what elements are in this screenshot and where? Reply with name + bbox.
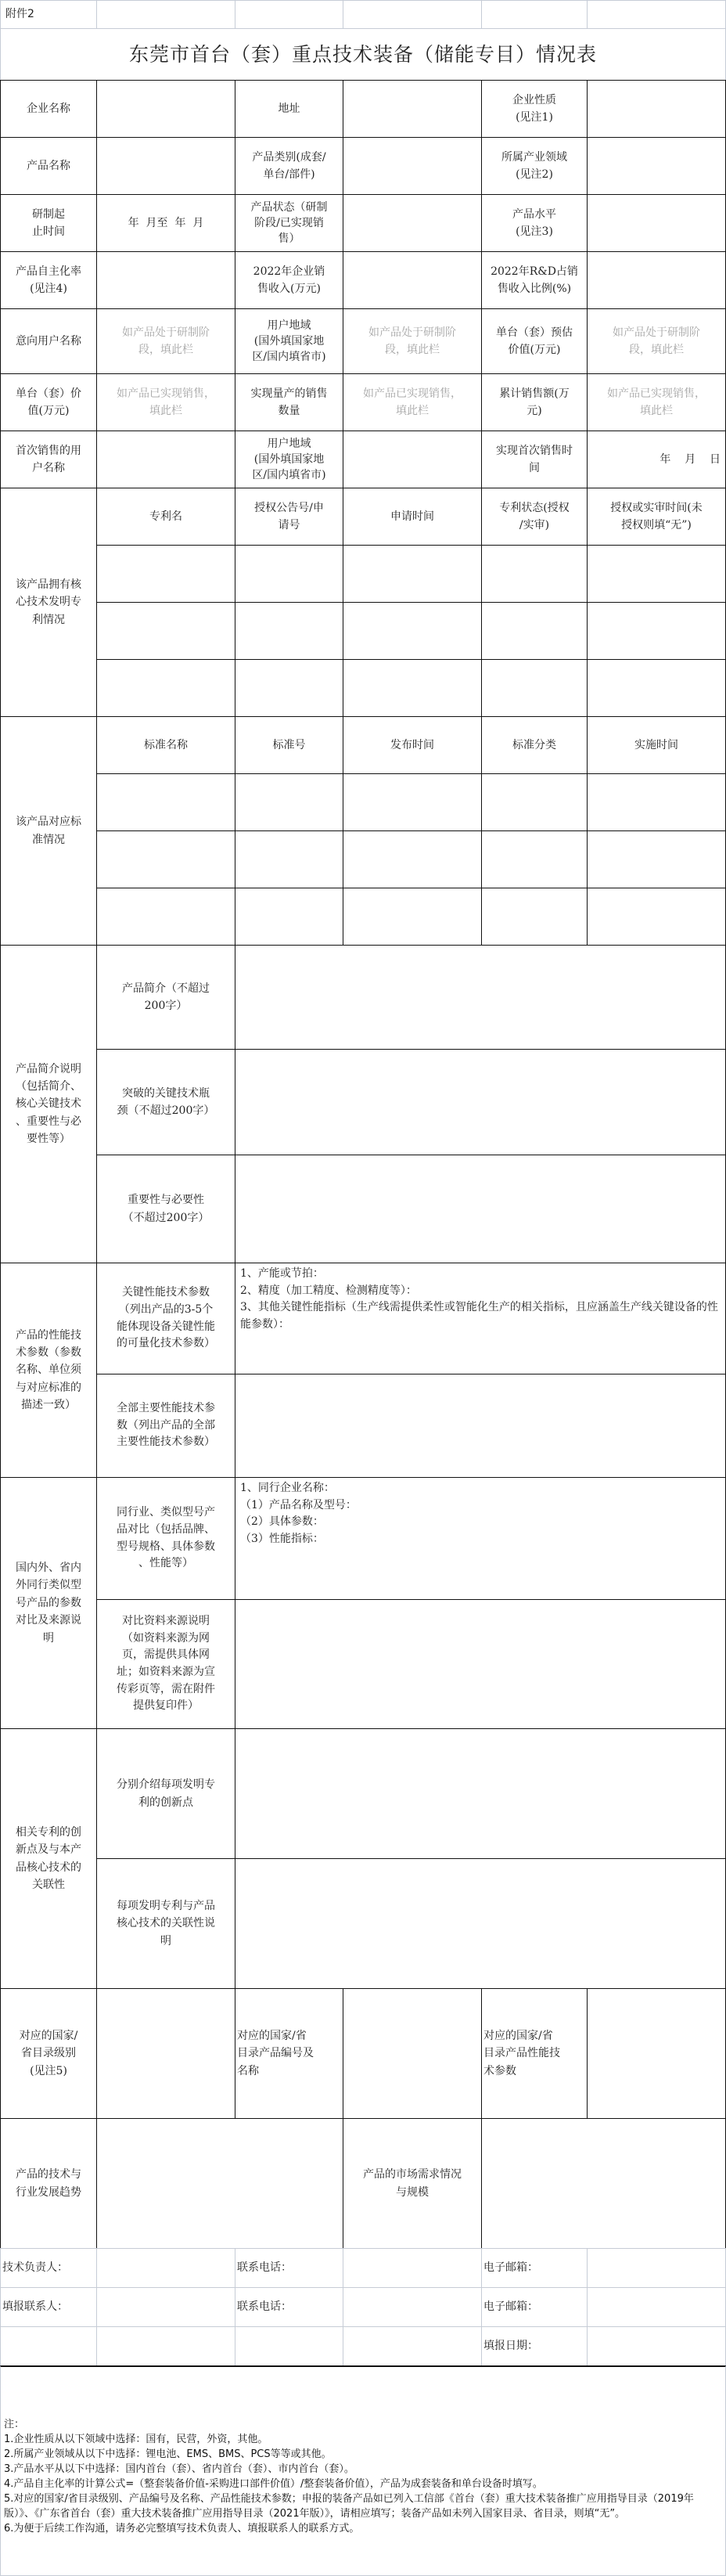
- catalogue-number-field[interactable]: [343, 1988, 482, 2119]
- phone-field-2[interactable]: [343, 2287, 482, 2327]
- intro-importance-field[interactable]: [235, 1155, 726, 1263]
- patent-row-1-status[interactable]: [481, 545, 588, 603]
- standard-header-number: 标准号: [235, 716, 343, 774]
- product-category-field[interactable]: [343, 137, 482, 195]
- intro-breakthrough-label: 突破的关键技术瓶 颈（不超过200字）: [96, 1049, 235, 1155]
- note-6: 6.为便于后续工作沟通，请务必完整填写技术负责人、填报联系人的联系方式。: [4, 2521, 722, 2536]
- grid-cell: [343, 0, 482, 29]
- patent-header-number: 授权公告号/申 请号: [235, 488, 343, 546]
- patent-row-3-apply-date[interactable]: [343, 659, 482, 717]
- first-user-label: 首次销售的用 户名称: [0, 431, 97, 488]
- patent-row-3-name[interactable]: [96, 659, 235, 717]
- first-user-field[interactable]: [96, 431, 235, 488]
- user-region-field[interactable]: 如产品处于研制阶 段，填此栏: [343, 308, 482, 374]
- first-sale-time-label: 实现首次销售时 间: [481, 431, 588, 488]
- tech-trend-label: 产品的技术与 行业发展趋势: [0, 2118, 97, 2249]
- patent-row-3-grant-date[interactable]: [587, 659, 726, 717]
- email-label-2: 电子邮箱：: [481, 2287, 588, 2327]
- patent-row-1-number[interactable]: [235, 545, 343, 603]
- unit-value-label: 单台（套）价 值(万元): [0, 373, 97, 431]
- performance-section-label: 产品的性能技 术参数（参数 名称、单位须 与对应标准的 描述一致）: [0, 1263, 97, 1478]
- intro-summary-label: 产品简介（不超过 200字）: [96, 945, 235, 1050]
- date-field[interactable]: [587, 2326, 726, 2366]
- catalogue-number-label: 对应的国家/省 目录产品编号及 名称: [235, 1988, 343, 2119]
- notes-block: 注： 1.企业性质从以下领域中选择：国有，民营，外资，其他。 2.所属产业领域从…: [0, 2365, 726, 2576]
- product-level-field[interactable]: [587, 194, 726, 252]
- total-sales-field[interactable]: 如产品已实现销售， 填此栏: [587, 373, 726, 431]
- unit-value-field[interactable]: 如产品已实现销售， 填此栏: [96, 373, 235, 431]
- standard-row-1-category[interactable]: [481, 773, 588, 831]
- source-note-field[interactable]: [235, 1599, 726, 1729]
- patent-row-2-status[interactable]: [481, 602, 588, 660]
- intended-user-label: 意向用户名称: [0, 308, 97, 374]
- mass-sales-label: 实现量产的销售 数量: [235, 373, 343, 431]
- rd-ratio-field[interactable]: [587, 251, 726, 309]
- patent-relevance-label: 每项发明专利与产品 核心技术的关联性说 明: [96, 1858, 235, 1989]
- dev-period-label: 研制起 止时间: [0, 194, 97, 252]
- grid-cell: [587, 0, 726, 29]
- grid-cell: [0, 2326, 97, 2366]
- patent-row-2-apply-date[interactable]: [343, 602, 482, 660]
- standard-row-2-effective-date[interactable]: [587, 830, 726, 888]
- standards-section-label: 该产品对应标 准情况: [0, 716, 97, 946]
- key-params-label: 关键性能技术参数 （列出产品的3-5个 能体现设备关键性能 的可量化技术参数）: [96, 1263, 235, 1374]
- patent-header-apply-date: 申请时间: [343, 488, 482, 546]
- grid-cell: [96, 2326, 235, 2366]
- note-5: 5.对应的国家/省目录级别、产品编号及名称、产品性能技术参数；申报的装备产品如已…: [4, 2491, 722, 2521]
- address-label: 地址: [235, 80, 343, 138]
- first-sale-time-field[interactable]: 年 月 日: [587, 431, 726, 488]
- rd-ratio-label: 2022年R&D占销 售收入比例(%): [481, 251, 588, 309]
- patent-row-2-name[interactable]: [96, 602, 235, 660]
- notes-heading: 注：: [4, 2417, 722, 2432]
- comparison-section-label: 国内外、省内 外同行类似型 号产品的参数 对比及来源说 明: [0, 1477, 97, 1729]
- dev-period-field[interactable]: 年 月至 年 月: [96, 194, 235, 252]
- autonomy-rate-field[interactable]: [96, 251, 235, 309]
- total-sales-label: 累计销售额(万 元): [481, 373, 588, 431]
- grid-cell: [235, 0, 343, 29]
- standard-row-1-name[interactable]: [96, 773, 235, 831]
- patent-relevance-field[interactable]: [235, 1858, 726, 1989]
- standard-row-2-name[interactable]: [96, 830, 235, 888]
- company-type-label: 企业性质 (见注1): [481, 80, 588, 138]
- attachment-label: 附件2: [0, 0, 97, 29]
- standard-header-name: 标准名称: [96, 716, 235, 774]
- market-demand-label: 产品的市场需求情况 与规模: [343, 2118, 482, 2249]
- patent-header-grant-date: 授权或实审时间(未 授权则填“无”): [587, 488, 726, 546]
- company-type-field[interactable]: [587, 80, 726, 138]
- grid-cell: [343, 2326, 482, 2366]
- tech-trend-field[interactable]: [96, 2118, 343, 2249]
- intro-summary-field[interactable]: [235, 945, 726, 1050]
- note-3: 3.产品水平从以下中选择：国内首台（套）、省内首台（套）、市内首台（套）。: [4, 2462, 722, 2477]
- standard-row-1-effective-date[interactable]: [587, 773, 726, 831]
- standard-row-2-number[interactable]: [235, 830, 343, 888]
- first-user-region-label: 用户地域 (国外填国家地 区/国内填省市): [235, 431, 343, 488]
- catalogue-level-label: 对应的国家/ 省目录级别 (见注5): [0, 1988, 97, 2119]
- est-value-field[interactable]: 如产品处于研制阶 段，填此栏: [587, 308, 726, 374]
- company-name-field[interactable]: [96, 80, 235, 138]
- patent-row-1-grant-date[interactable]: [587, 545, 726, 603]
- user-region-label: 用户地域 (国外填国家地 区/国内填省市): [235, 308, 343, 374]
- innovation-section-label: 相关专利的创 新点及与本产 品核心技术的 关联性: [0, 1728, 97, 1989]
- phone-field-1[interactable]: [343, 2248, 482, 2288]
- standard-row-3-effective-date[interactable]: [587, 888, 726, 946]
- patent-row-2-grant-date[interactable]: [587, 602, 726, 660]
- company-name-label: 企业名称: [0, 80, 97, 138]
- phone-label-1: 联系电话：: [235, 2248, 343, 2288]
- autonomy-rate-label: 产品自主化率 (见注4): [0, 251, 97, 309]
- catalogue-params-field[interactable]: [587, 1988, 726, 2119]
- standard-row-1-number[interactable]: [235, 773, 343, 831]
- product-status-field[interactable]: [343, 194, 482, 252]
- standard-row-3-name[interactable]: [96, 888, 235, 946]
- product-name-label: 产品名称: [0, 137, 97, 195]
- grid-cell: [481, 0, 588, 29]
- address-field[interactable]: [343, 80, 482, 138]
- patent-row-3-number[interactable]: [235, 659, 343, 717]
- tech-lead-label: 技术负责人：: [0, 2248, 97, 2288]
- intro-breakthrough-field[interactable]: [235, 1049, 726, 1155]
- intro-section-label: 产品简介说明 （包括简介、 核心关键技术 、重要性与必 要性等）: [0, 945, 97, 1263]
- standard-row-2-category[interactable]: [481, 830, 588, 888]
- patent-row-3-status[interactable]: [481, 659, 588, 717]
- product-category-label: 产品类别(成套/ 单台/部件): [235, 137, 343, 195]
- email-field-1[interactable]: [587, 2248, 726, 2288]
- standard-row-3-publish-date[interactable]: [343, 888, 482, 946]
- email-field-2[interactable]: [587, 2287, 726, 2327]
- industry-field[interactable]: [587, 137, 726, 195]
- first-user-region-field[interactable]: [343, 431, 482, 488]
- patents-section-label: 该产品拥有核 心技术发明专 利情况: [0, 488, 97, 717]
- intro-importance-label: 重要性与必要性 （不超过200字）: [96, 1155, 235, 1263]
- patent-row-2-number[interactable]: [235, 602, 343, 660]
- patent-header-name: 专利名: [96, 488, 235, 546]
- product-name-field[interactable]: [96, 137, 235, 195]
- note-1: 1.企业性质从以下领域中选择：国有，民营，外资，其他。: [4, 2432, 722, 2447]
- patent-row-1-apply-date[interactable]: [343, 545, 482, 603]
- grid-cell: [235, 2326, 343, 2366]
- patent-header-status: 专利状态(授权 /实审): [481, 488, 588, 546]
- mass-sales-field[interactable]: 如产品已实现销售， 填此栏: [343, 373, 482, 431]
- note-2: 2.所属产业领域从以下中选择：锂电池、EMS、BMS、PCS等等或其他。: [4, 2447, 722, 2462]
- key-params-field[interactable]: 1、产能或节拍： 2、精度（加工精度、检测精度等）： 3、其他关键性能指标（生产…: [235, 1263, 726, 1374]
- standard-header-category: 标准分类: [481, 716, 588, 774]
- standard-row-1-publish-date[interactable]: [343, 773, 482, 831]
- all-params-field[interactable]: [235, 1374, 726, 1478]
- all-params-label: 全部主要性能技术参 数（列出产品的全部 主要性能技术参数）: [96, 1374, 235, 1478]
- tech-lead-field[interactable]: [96, 2248, 235, 2288]
- standard-row-3-number[interactable]: [235, 888, 343, 946]
- grid-cell: [96, 0, 235, 29]
- peer-comparison-field[interactable]: 1、同行企业名称： （1）产品名称及型号： （2）具体参数： （3）性能指标：: [235, 1477, 726, 1600]
- sales-2022-label: 2022年企业销 售收入(万元): [235, 251, 343, 309]
- catalogue-params-label: 对应的国家/省 目录产品性能技 术参数: [481, 1988, 588, 2119]
- email-label-1: 电子邮箱：: [481, 2248, 588, 2288]
- phone-label-2: 联系电话：: [235, 2287, 343, 2327]
- product-status-label: 产品状态（研制 阶段/已实现销 售）: [235, 194, 343, 252]
- standard-row-3-category[interactable]: [481, 888, 588, 946]
- catalogue-level-field[interactable]: [96, 1988, 235, 2119]
- industry-label: 所属产业领域 (见注2): [481, 137, 588, 195]
- patent-innovation-label: 分别介绍每项发明专 利的创新点: [96, 1728, 235, 1859]
- standard-header-publish-date: 发布时间: [343, 716, 482, 774]
- peer-comparison-label: 同行业、类似型号产 品对比（包括品牌、 型号规格、具体参数 、性能等）: [96, 1477, 235, 1600]
- note-4: 4.产品自主化率的计算公式=（整套装备价值-采购进口部件价值）/整套装备价值），…: [4, 2477, 722, 2491]
- market-demand-field[interactable]: [481, 2118, 726, 2249]
- page-title: 东莞市首台（套）重点技术装备（储能专目）情况表: [0, 28, 726, 81]
- product-level-label: 产品水平 (见注3): [481, 194, 588, 252]
- filler-field[interactable]: [96, 2287, 235, 2327]
- date-label: 填报日期：: [481, 2326, 588, 2366]
- intended-user-field[interactable]: 如产品处于研制阶 段，填此栏: [96, 308, 235, 374]
- source-note-label: 对比资料来源说明 （如资料来源为网 页，需提供具体网 址；如资料来源为宣 传彩页…: [96, 1599, 235, 1729]
- patent-innovation-field[interactable]: [235, 1728, 726, 1859]
- patent-row-1-name[interactable]: [96, 545, 235, 603]
- est-value-label: 单台（套）预估 价值(万元): [481, 308, 588, 374]
- filler-label: 填报联系人：: [0, 2287, 97, 2327]
- standard-row-2-publish-date[interactable]: [343, 830, 482, 888]
- sales-2022-field[interactable]: [343, 251, 482, 309]
- standard-header-effective-date: 实施时间: [587, 716, 726, 774]
